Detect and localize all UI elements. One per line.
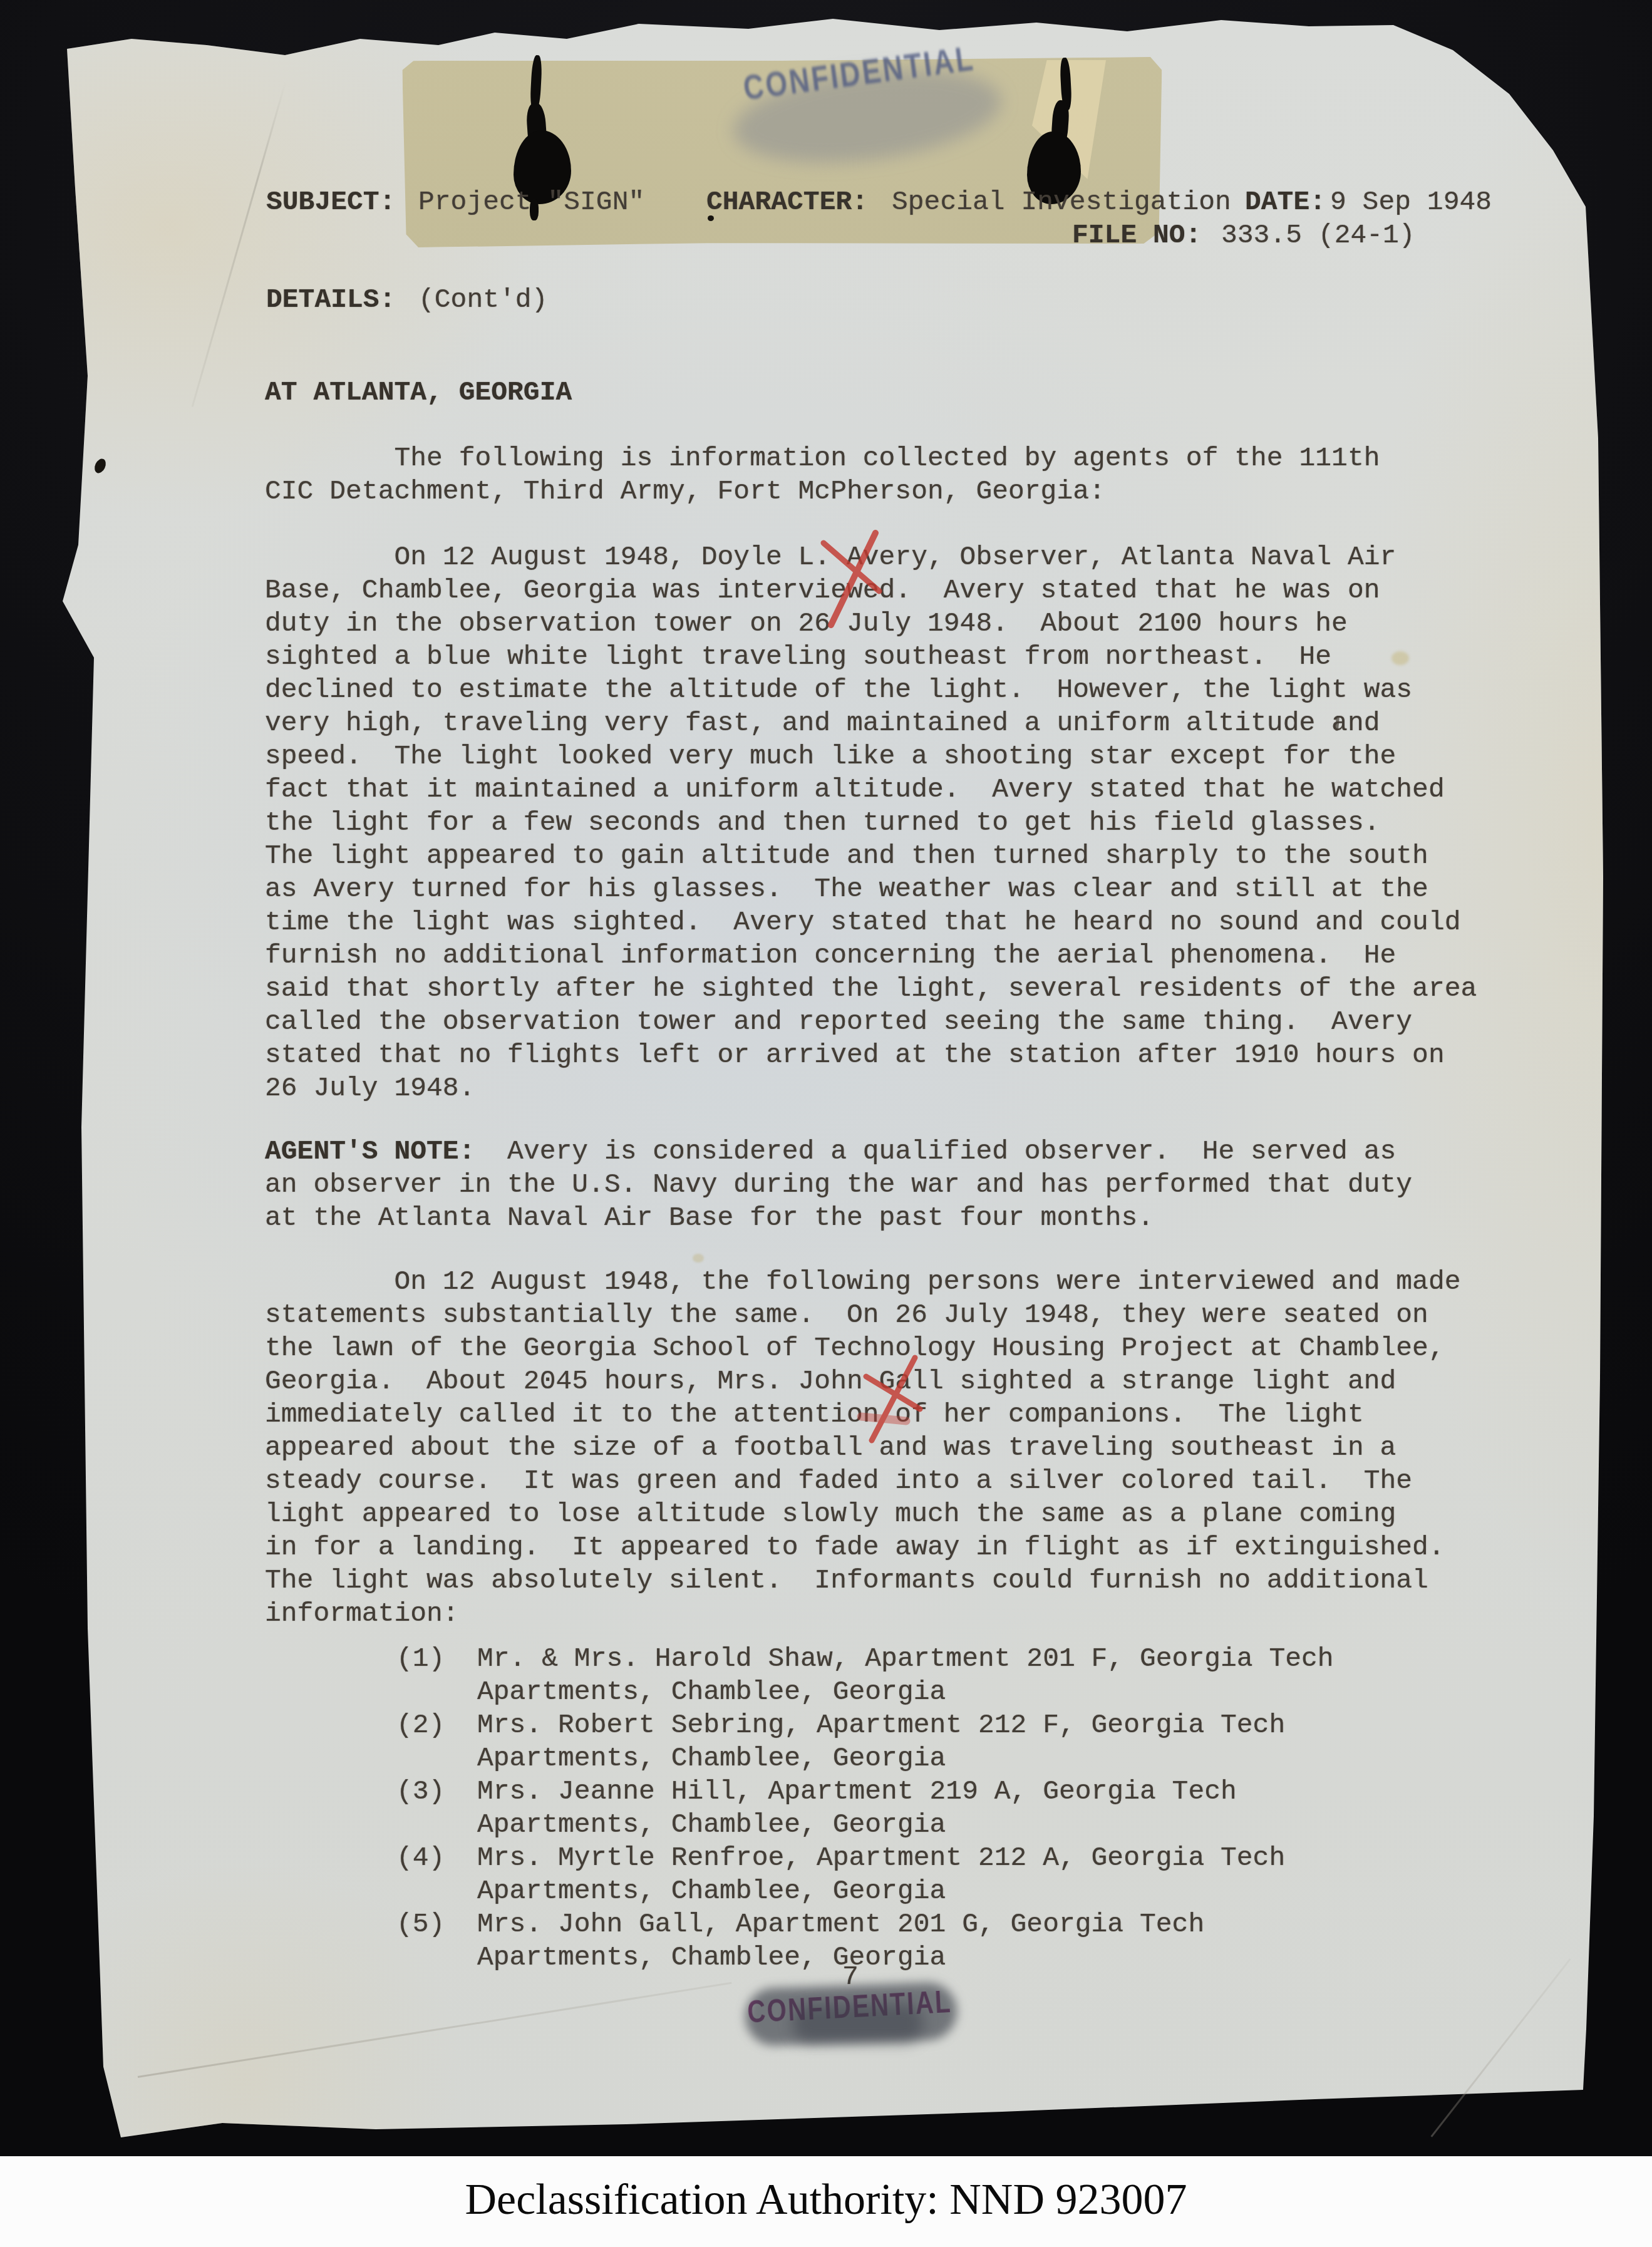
location-heading: AT ATLANTA, GEORGIA: [265, 376, 572, 409]
witness-text: Mrs. Robert Sebring, Apartment 212 F, Ge…: [477, 1708, 1285, 1775]
witness-list-item: (1)Mr. & Mrs. Harold Shaw, Apartment 201…: [396, 1642, 1334, 1708]
intro-paragraph: The following is information collected b…: [265, 442, 1530, 508]
scan-black-background: CONFIDENTIAL SUBJECT: Project "SIGN" CHA…: [0, 0, 1652, 2156]
witness-list-item: (4)Mrs. Myrtle Renfroe, Apartment 212 A,…: [396, 1841, 1285, 1908]
avery-paragraph: On 12 August 1948, Doyle L. Avery, Obser…: [265, 540, 1530, 1105]
witness-list-item: (3)Mrs. Jeanne Hill, Apartment 219 A, Ge…: [396, 1775, 1237, 1841]
witness-number: (4): [396, 1841, 477, 1908]
file-no-value: 333.5 (24-1): [1221, 219, 1415, 252]
date-label: DATE:: [1245, 185, 1326, 219]
witness-list-item: (2)Mrs. Robert Sebring, Apartment 212 F,…: [396, 1708, 1285, 1775]
date-value: 9 Sep 1948: [1330, 185, 1492, 219]
witness-number: (5): [396, 1908, 477, 1974]
file-no-label: FILE NO:: [1072, 219, 1201, 252]
agents-note-label: AGENT'S NOTE:: [265, 1136, 475, 1167]
subject-label: SUBJECT:: [266, 185, 395, 219]
scanned-document-page: CONFIDENTIAL SUBJECT: Project "SIGN" CHA…: [0, 0, 1652, 2247]
witnesses-paragraph: On 12 August 1948, the following persons…: [265, 1265, 1530, 1630]
agents-note: AGENT'S NOTE: Avery is considered a qual…: [265, 1135, 1530, 1234]
witness-text: Mrs. John Gall, Apartment 201 G, Georgia…: [477, 1908, 1204, 1974]
character-value: Special Investigation: [892, 185, 1231, 219]
subject-value: Project "SIGN": [418, 185, 644, 219]
pencil-smudge: [792, 2004, 924, 2043]
witness-number: (3): [396, 1775, 477, 1841]
declassification-footer: Declassification Authority: NND 923007: [0, 2156, 1652, 2247]
character-label: CHARACTER:: [706, 185, 868, 219]
declassification-text: Declassification Authority: NND 923007: [0, 2156, 1652, 2244]
witness-text: Mr. & Mrs. Harold Shaw, Apartment 201 F,…: [477, 1642, 1334, 1708]
paper-stain: [693, 1254, 704, 1263]
witness-number: (2): [396, 1708, 477, 1775]
details-value: (Cont'd): [418, 283, 547, 316]
witness-list-item: (5)Mrs. John Gall, Apartment 201 G, Geor…: [396, 1908, 1204, 1974]
witness-text: Mrs. Myrtle Renfroe, Apartment 212 A, Ge…: [477, 1841, 1285, 1908]
witness-number: (1): [396, 1642, 477, 1708]
details-label: DETAILS:: [266, 283, 395, 316]
witness-text: Mrs. Jeanne Hill, Apartment 219 A, Georg…: [477, 1775, 1237, 1841]
